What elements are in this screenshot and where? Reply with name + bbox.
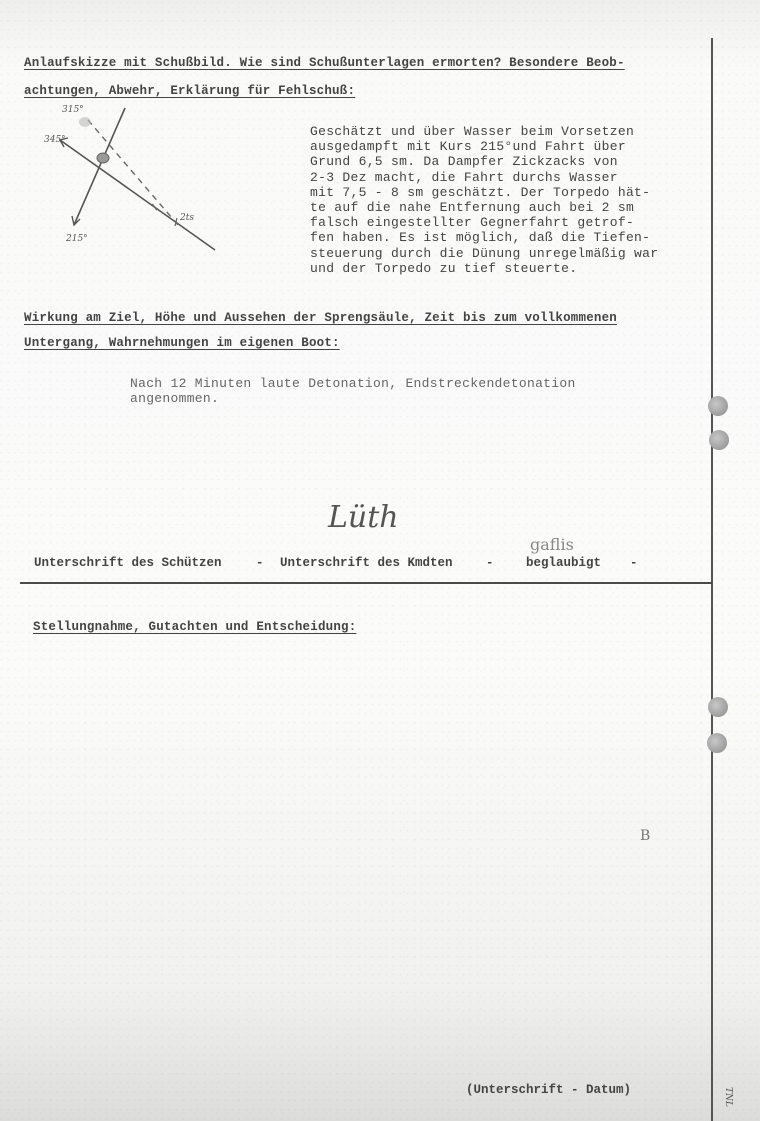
sketch-label-345: 345° <box>44 135 66 145</box>
certified-label: beglaubigt <box>526 556 601 570</box>
sketch-label-215: 215° <box>65 234 88 244</box>
margin-line <box>711 38 713 1121</box>
text-line: falsch eingestellter Gegnerfahrt getrof- <box>310 216 634 231</box>
initial-mark: B <box>640 828 650 844</box>
separator: - <box>486 556 494 570</box>
text-line: Nach 12 Minuten laute Detonation, Endstr… <box>130 377 576 392</box>
certified-signature: gaflis <box>530 535 574 554</box>
shooter-signature-label: Unterschrift des Schützen <box>34 556 222 570</box>
text-line: mit 7,5 - 8 sm geschätzt. Der Torpedo hä… <box>310 186 650 201</box>
section3-heading: Stellungnahme, Gutachten und Entscheidun… <box>33 620 356 634</box>
punch-hole <box>708 697 728 717</box>
attack-sketch-diagram: 315° 345° 215° 2ts <box>30 100 230 260</box>
text-line: und der Torpedo zu tief steuerte. <box>310 262 577 277</box>
sketch-label-hit: 2ts <box>179 213 194 223</box>
separator: - <box>256 556 264 570</box>
text-line: Geschätzt und über Wasser beim Vorsetzen <box>310 125 634 140</box>
side-mark: TNL <box>723 1087 733 1107</box>
commander-signature-label: Unterschrift des Kmdten <box>280 556 453 570</box>
text-line: Grund 6,5 sm. Da Dampfer Zickzacks von <box>310 155 618 170</box>
section-divider <box>20 582 712 584</box>
punch-hole <box>707 733 727 753</box>
separator: - <box>630 556 638 570</box>
text-line: 2-3 Dez macht, die Fahrt durchs Wasser <box>310 171 618 186</box>
text-line: fen haben. Es ist möglich, daß die Tiefe… <box>310 231 650 246</box>
section2-heading-line2: Untergang, Wahrnehmungen im eigenen Boot… <box>24 336 340 350</box>
sketch-label-315: 315° <box>62 105 84 115</box>
text-line: te auf die nahe Entfernung auch bei 2 sm <box>310 201 634 216</box>
text-line: angenommen. <box>130 392 219 407</box>
punch-hole <box>708 396 728 416</box>
section2-heading-line1: Wirkung am Ziel, Höhe und Aussehen der S… <box>24 311 617 325</box>
document-page: Anlaufskizze mit Schußbild. Wie sind Sch… <box>0 0 760 1121</box>
text-line: ausgedampft mit Kurs 215°und Fahrt über <box>310 140 626 155</box>
section1-heading-line1: Anlaufskizze mit Schußbild. Wie sind Sch… <box>24 56 625 70</box>
section1-heading-line2: achtungen, Abwehr, Erklärung für Fehlsch… <box>24 84 355 98</box>
text-line: steuerung durch die Dünung unregelmäßig … <box>310 247 658 262</box>
commander-signature: Lüth <box>328 500 399 535</box>
punch-hole <box>709 430 729 450</box>
signature-date-label: (Unterschrift - Datum) <box>466 1083 631 1097</box>
